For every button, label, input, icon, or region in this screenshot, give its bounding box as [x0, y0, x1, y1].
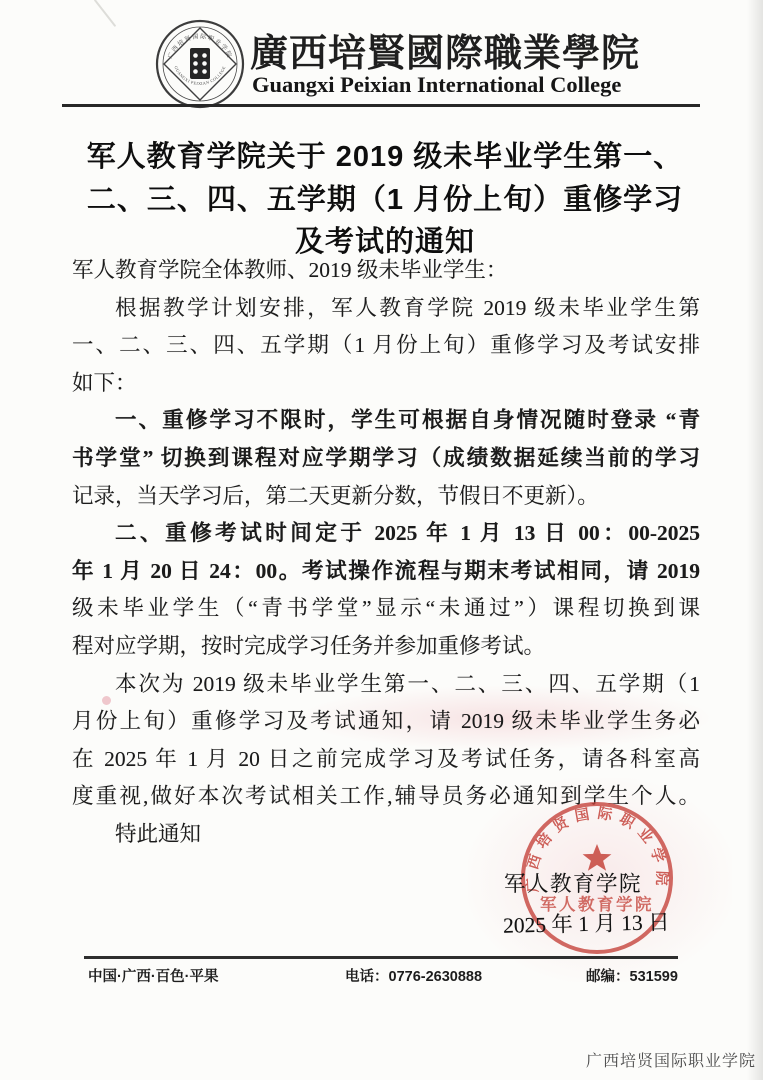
- body-line: 如下：: [72, 365, 700, 403]
- notice-body: 军人教育学院全体教师、2019 级未毕业学生： 根据教学计划安排，军人教育学院 …: [72, 252, 700, 854]
- body-line: 一、重修学习不限时，学生可根据自身情况随时登录 “青: [72, 402, 700, 440]
- body-line: 记录，当天学习后，第二天更新分数，节假日不更新）。: [72, 478, 700, 516]
- scan-edge-shadow: [747, 0, 763, 1080]
- notice-title: 军人教育学院关于 2019 级未毕业学生第一、 二、三、四、五学期（1 月份上旬…: [40, 136, 730, 264]
- college-name-english: Guangxi Peixian International College: [252, 72, 621, 98]
- body-line: 级未毕业学生（“青书学堂”显示“未通过”）课程切换到课: [72, 590, 700, 628]
- footer-phone: 电话：0776-2630888: [345, 965, 482, 986]
- body-line: 一、二、三、四、五学期（1 月份上旬）重修学习及考试安排: [72, 327, 700, 365]
- body-line: 军人教育学院全体教师、2019 级未毕业学生：: [72, 252, 700, 290]
- signature-date: 2025 年 1 月 13 日: [503, 905, 670, 939]
- notice-title-line: 军人教育学院关于 2019 级未毕业学生第一、: [40, 136, 730, 179]
- body-line: 年 1 月 20 日 24：00。考试操作流程与期末考试相同，请 2019: [72, 553, 700, 591]
- body-line: 月份上旬）重修学习及考试通知，请 2019 级未毕业学生务必: [72, 703, 700, 741]
- footer-location: 中国·广西·百色·平果: [88, 965, 219, 986]
- body-line: 在 2025 年 1 月 20 日之前完成学习及考试任务，请各科室高: [72, 741, 700, 779]
- scan-scratch-mark: [94, 0, 117, 27]
- body-line: 本次为 2019 级未毕业学生第一、二、三、四、五学期（1: [72, 666, 700, 704]
- notice-title-line: 二、三、四、五学期（1 月份上旬）重修学习: [40, 179, 730, 222]
- footer: 中国·广西·百色·平果 电话：0776-2630888 邮编：531599: [0, 965, 763, 989]
- signature-department: 军人教育学院: [504, 867, 642, 898]
- body-line: 程对应学期，按时完成学习任务并参加重修考试。: [72, 628, 700, 666]
- footer-postal: 邮编：531599: [586, 965, 678, 986]
- scanned-notice-page: 广西培贤国际职业学院 GUANGXI PEIXIAN COLLEGE 廣西培賢國…: [0, 0, 763, 1080]
- college-name-chinese: 廣西培賢國際職業學院: [250, 22, 670, 77]
- corner-watermark: 广西培贤国际职业学院: [586, 1048, 756, 1071]
- letterhead-divider: [62, 104, 700, 107]
- body-line: 根据教学计划安排，军人教育学院 2019 级未毕业学生第: [72, 290, 700, 328]
- body-line: 书学堂” 切换到课程对应学期学习（成绩数据延续当前的学习: [72, 440, 700, 478]
- college-logo-icon: 广西培贤国际职业学院 GUANGXI PEIXIAN COLLEGE: [152, 18, 248, 110]
- body-line: 二、重修考试时间定于 2025 年 1 月 13 日 00：00-2025: [72, 515, 700, 553]
